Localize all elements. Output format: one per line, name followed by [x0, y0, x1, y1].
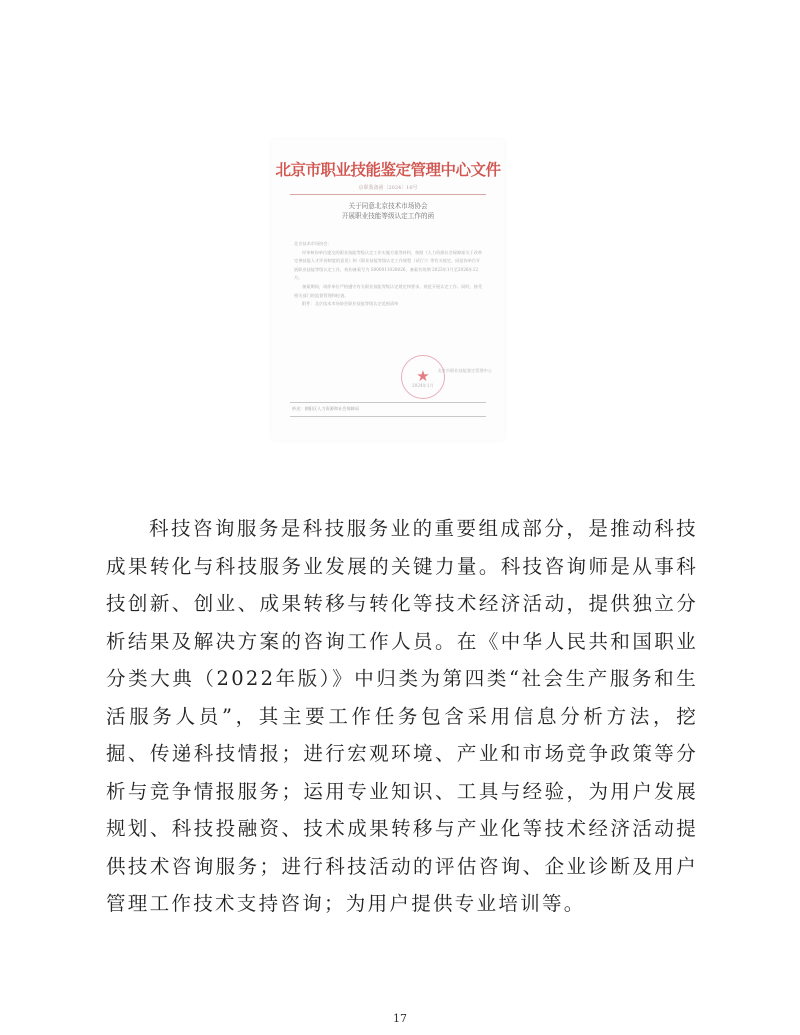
seal-star-icon: ★ [402, 367, 444, 385]
letter-doc-number: 京职鉴备函〔2024〕16号 [272, 184, 504, 191]
letter-cc: 抄送：朝阳区人力资源和社会保障局 [292, 406, 482, 412]
body-text: 科技咨询服务是科技服务业的重要组成部分，是推动科技成果转化与科技服务业发展的关键… [106, 510, 698, 923]
letter-title-line-1: 关于同意北京技术市场协会 [272, 202, 504, 212]
body-paragraph: 科技咨询服务是科技服务业的重要组成部分，是推动科技成果转化与科技服务业发展的关键… [106, 510, 698, 923]
cc-divider-top [290, 402, 486, 403]
letter-title-line-2: 开展职业技能等级认定工作的函 [272, 212, 504, 222]
letter-title: 关于同意北京技术市场协会 开展职业技能等级认定工作的函 [272, 202, 504, 221]
letter-header: 北京市职业技能鉴定管理中心文件 [272, 158, 504, 180]
embedded-letter-image: 北京市职业技能鉴定管理中心文件 京职鉴备函〔2024〕16号 关于同意北京技术市… [272, 140, 504, 440]
page-number: 17 [0, 1012, 800, 1025]
letter-paragraph: 附件：北京技术市场协会职业技能等级认定范围清单 [294, 300, 484, 309]
letter-body: 北京技术市场协会： 经审核你单位提交的职业技能等级认定工作实施方案等材料，按照《… [294, 240, 484, 309]
letter-header-divider [290, 194, 486, 195]
letter-paragraph: 经审核你单位提交的职业技能等级认定工作实施方案等材料，按照《人力资源社会保障部关… [294, 249, 484, 283]
letter-paragraph: 备案期间，请你单位严格遵守有关职业技能等级认定规定和要求，规范开展认定工作。同时… [294, 283, 484, 300]
letter-salutation: 北京技术市场协会： [294, 240, 484, 249]
cc-divider-bottom [290, 416, 486, 417]
official-seal-icon: ★ [401, 355, 445, 399]
